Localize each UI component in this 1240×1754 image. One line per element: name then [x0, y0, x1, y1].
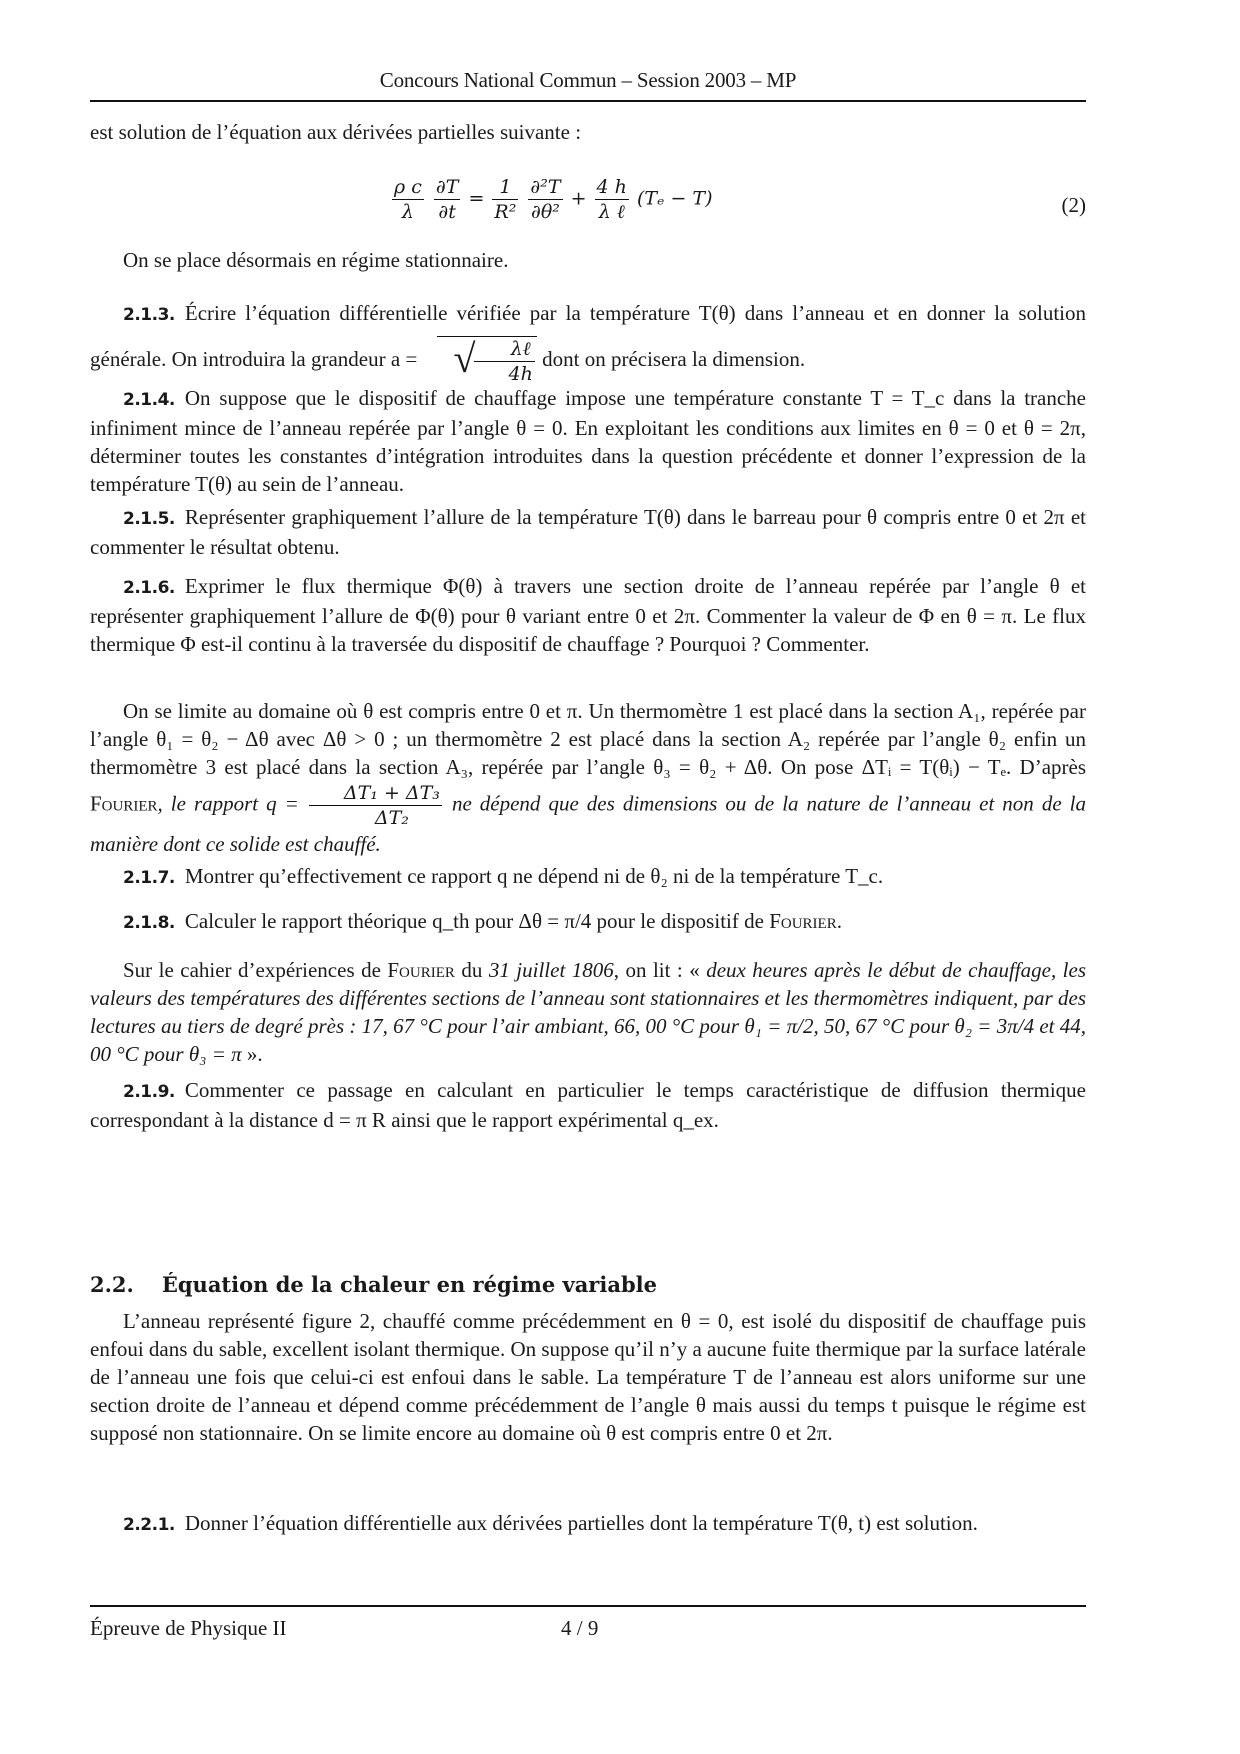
thermometres-paragraph: On se limite au domaine où θ est compris…: [90, 697, 1086, 858]
section-2-2-paragraph: L’anneau représenté figure 2, chauffé co…: [90, 1307, 1086, 1447]
equation-number: (2): [1062, 193, 1087, 218]
intro-text: est solution de l’équation aux dérivées …: [90, 118, 1086, 146]
question-2-1-9: 2.1.9.Commenter ce passage en calculant …: [90, 1076, 1086, 1134]
frac-dT-dt: ∂T∂t: [434, 175, 461, 224]
question-2-2-1: 2.2.1.Donner l’équation différentielle a…: [90, 1509, 1086, 1539]
frac-rho-c-lambda: ρ cλ: [392, 175, 424, 224]
sqrt-lambda-l-over-4h: λℓ4h: [437, 336, 537, 386]
question-2-1-5: 2.1.5.Représenter graphiquement l’allure…: [90, 503, 1086, 561]
page-header: Concours National Commun – Session 2003 …: [90, 68, 1086, 93]
question-2-1-8: 2.1.8.Calculer le rapport théorique q_th…: [90, 907, 1086, 937]
question-2-1-4: 2.1.4.On suppose que le dispositif de ch…: [90, 384, 1086, 498]
question-2-1-6: 2.1.6.Exprimer le flux thermique Φ(θ) à …: [90, 572, 1086, 658]
page-number: 4 / 9: [561, 1616, 598, 1641]
equation-2: ρ cλ ∂T∂t = 1R² ∂²T∂θ² + 4 hλ ℓ (Tₑ − T): [390, 175, 713, 224]
frac-1-R2: 1R²: [492, 175, 518, 224]
frac-q: ΔT₁ + ΔT₃ΔT₂: [309, 781, 442, 830]
cahier-paragraph: Sur le cahier d’expériences de Fourier d…: [90, 956, 1086, 1068]
frac-d2T-dtheta2: ∂²T∂θ²: [528, 175, 562, 224]
section-2-2-heading: 2.2.Équation de la chaleur en régime var…: [90, 1272, 657, 1297]
question-2-1-7: 2.1.7.Montrer qu’effectivement ce rappor…: [90, 862, 1086, 892]
header-rule: [90, 100, 1086, 102]
stationnaire-text: On se place désormais en régime stationn…: [90, 246, 1086, 274]
footer-rule: [90, 1605, 1086, 1607]
question-2-1-3: 2.1.3.Écrire l’équation différentielle v…: [90, 292, 1086, 386]
footer-title: Épreuve de Physique II: [90, 1616, 287, 1641]
frac-4h-lambda-l: 4 hλ ℓ: [595, 175, 629, 224]
